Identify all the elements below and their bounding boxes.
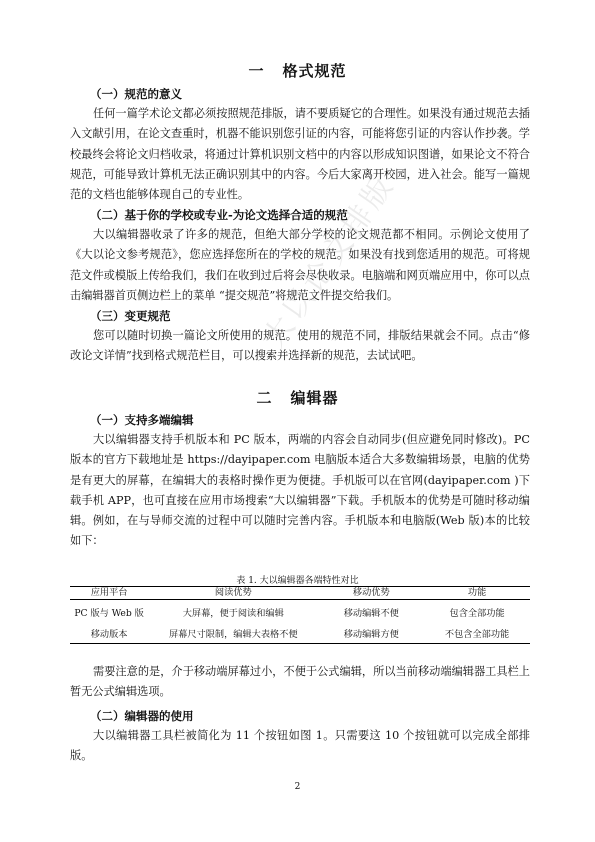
page-number: 2	[0, 782, 595, 792]
subsection-heading: （二）基于你的学校或专业-为论文选择合适的规范	[90, 207, 348, 223]
table-cell: 包含全部功能	[424, 600, 530, 628]
paragraph: 需要注意的是，介于移动端屏幕过小，不便于公式编辑，所以当前移动端编辑器工具栏上暂…	[70, 662, 530, 703]
comparison-table: 应用平台 阅读优势 移动优势 功能 PC 版与 Web 版 大屏幕，便于阅读和编…	[70, 586, 530, 644]
paragraph: 大以编辑器收录了许多的规范，但绝大部分学校的论文规范都不相同。示例论文使用了《大…	[70, 225, 530, 306]
column-header: 阅读优势	[148, 587, 318, 600]
section-title: 格式规范	[283, 62, 347, 80]
table-cell: 屏幕尺寸限制，编辑大表格不便	[148, 627, 318, 644]
table-cell: 大屏幕，便于阅读和编辑	[148, 600, 318, 628]
paragraph: 大以编辑器工具栏被简化为 11 个按钮如图 1。只需要这 10 个按钮就可以完成…	[70, 726, 530, 767]
section-heading-2: 二编辑器	[0, 387, 595, 408]
section-title: 编辑器	[291, 389, 339, 407]
subsection-heading: （一）规范的意义	[90, 86, 182, 102]
table-cell: 移动编辑不便	[318, 600, 424, 628]
table-cell: 移动版本	[70, 627, 148, 644]
paragraph: 大以编辑器支持手机版本和 PC 版本，两端的内容会自动同步(但应避免同时修改)。…	[70, 430, 530, 552]
table-cell: PC 版与 Web 版	[70, 600, 148, 628]
subsection-heading: （三）变更规范	[90, 308, 171, 324]
column-header: 功能	[424, 587, 530, 600]
table-row: 移动版本 屏幕尺寸限制，编辑大表格不便 移动编辑方便 不包含全部功能	[70, 627, 530, 644]
table-cell: 移动编辑方便	[318, 627, 424, 644]
paragraph: 任何一篇学术论文都必须按照规范排版，请不要质疑它的合理性。如果没有通过规范去插入…	[70, 104, 530, 205]
section-heading-1: 一格式规范	[0, 60, 595, 81]
section-number: 二	[256, 387, 272, 408]
column-header: 移动优势	[318, 587, 424, 600]
subsection-heading: （一）支持多端编辑	[90, 412, 194, 428]
table-header-row: 应用平台 阅读优势 移动优势 功能	[70, 587, 530, 600]
subsection-heading: （二）编辑器的使用	[90, 708, 194, 724]
table-row: PC 版与 Web 版 大屏幕，便于阅读和编辑 移动编辑不便 包含全部功能	[70, 600, 530, 628]
document-page: 大以论文排版 一格式规范 （一）规范的意义 任何一篇学术论文都必须按照规范排版，…	[0, 0, 595, 842]
paragraph: 您可以随时切换一篇论文所使用的规范。使用的规范不同，排版结果就会不同。点击“修改…	[70, 326, 530, 367]
table-caption: 表 1. 大以编辑器各端特性对比	[0, 573, 595, 586]
table-cell: 不包含全部功能	[424, 627, 530, 644]
section-number: 一	[248, 60, 264, 81]
column-header: 应用平台	[70, 587, 148, 600]
